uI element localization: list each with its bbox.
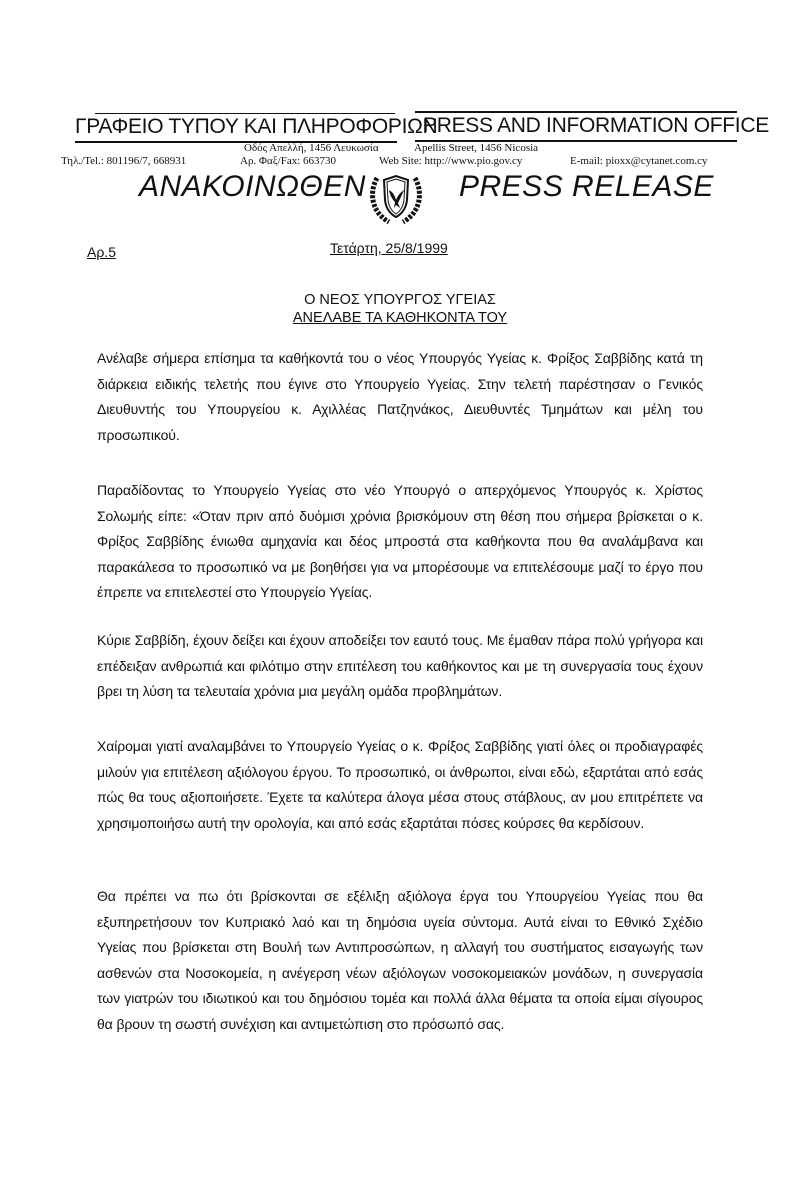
- office-title-english: PRESS AND INFORMATION OFFICE: [423, 114, 769, 138]
- website-link[interactable]: Web Site: http://www.pio.gov.cy: [379, 155, 522, 167]
- body-paragraph: Θα πρέπει να πω ότι βρίσκονται σε εξέλιξ…: [97, 884, 703, 1037]
- announcement-greek: ΑΝΑΚΟΙΝΩΘΕΝ: [139, 170, 366, 204]
- announcement-english: PRESS RELEASE: [459, 170, 714, 204]
- cyprus-coat-of-arms-icon: [367, 170, 425, 226]
- headline-line-2: ΑΝΕΛΑΒΕ ΤΑ ΚΑΘΗΚΟΝΤΑ ΤΟΥ: [0, 309, 800, 327]
- body-paragraph: Χαίρομαι γιατί αναλαμβάνει το Υπουργείο …: [97, 734, 703, 836]
- address-english: Apellis Street, 1456 Nicosia: [414, 142, 538, 154]
- email-link[interactable]: E-mail: pioxx@cytanet.com.cy: [570, 155, 708, 167]
- headline-line-1: Ο ΝΕΟΣ ΥΠΟΥΡΓΟΣ ΥΓΕΙΑΣ: [0, 291, 800, 309]
- release-date: Τετάρτη, 25/8/1999: [330, 240, 448, 256]
- body-paragraph: Παραδίδοντας το Υπουργείο Υγείας στο νέο…: [97, 478, 703, 606]
- fax: Αρ. Φαξ/Fax: 663730: [240, 155, 336, 167]
- letterhead-rule-top-right: [415, 111, 737, 113]
- reference-number: Αρ.5: [87, 244, 116, 260]
- letterhead-rule-top-left: [95, 113, 395, 114]
- body-paragraph: Κύριε Σαββίδη, έχουν δείξει και έχουν απ…: [97, 628, 703, 705]
- headline: Ο ΝΕΟΣ ΥΠΟΥΡΓΟΣ ΥΓΕΙΑΣ ΑΝΕΛΑΒΕ ΤΑ ΚΑΘΗΚΟ…: [0, 291, 800, 327]
- body-paragraph: Ανέλαβε σήμερα επίσημα τα καθήκοντά του …: [97, 346, 703, 448]
- address-greek: Οδός Απελλή, 1456 Λευκωσία: [244, 142, 379, 154]
- telephone: Τηλ./Tel.: 801196/7, 668931: [61, 155, 186, 167]
- office-title-greek: ΓΡΑΦΕΙΟ ΤΥΠΟΥ ΚΑΙ ΠΛΗΡΟΦΟΡΙΩΝ: [75, 115, 437, 139]
